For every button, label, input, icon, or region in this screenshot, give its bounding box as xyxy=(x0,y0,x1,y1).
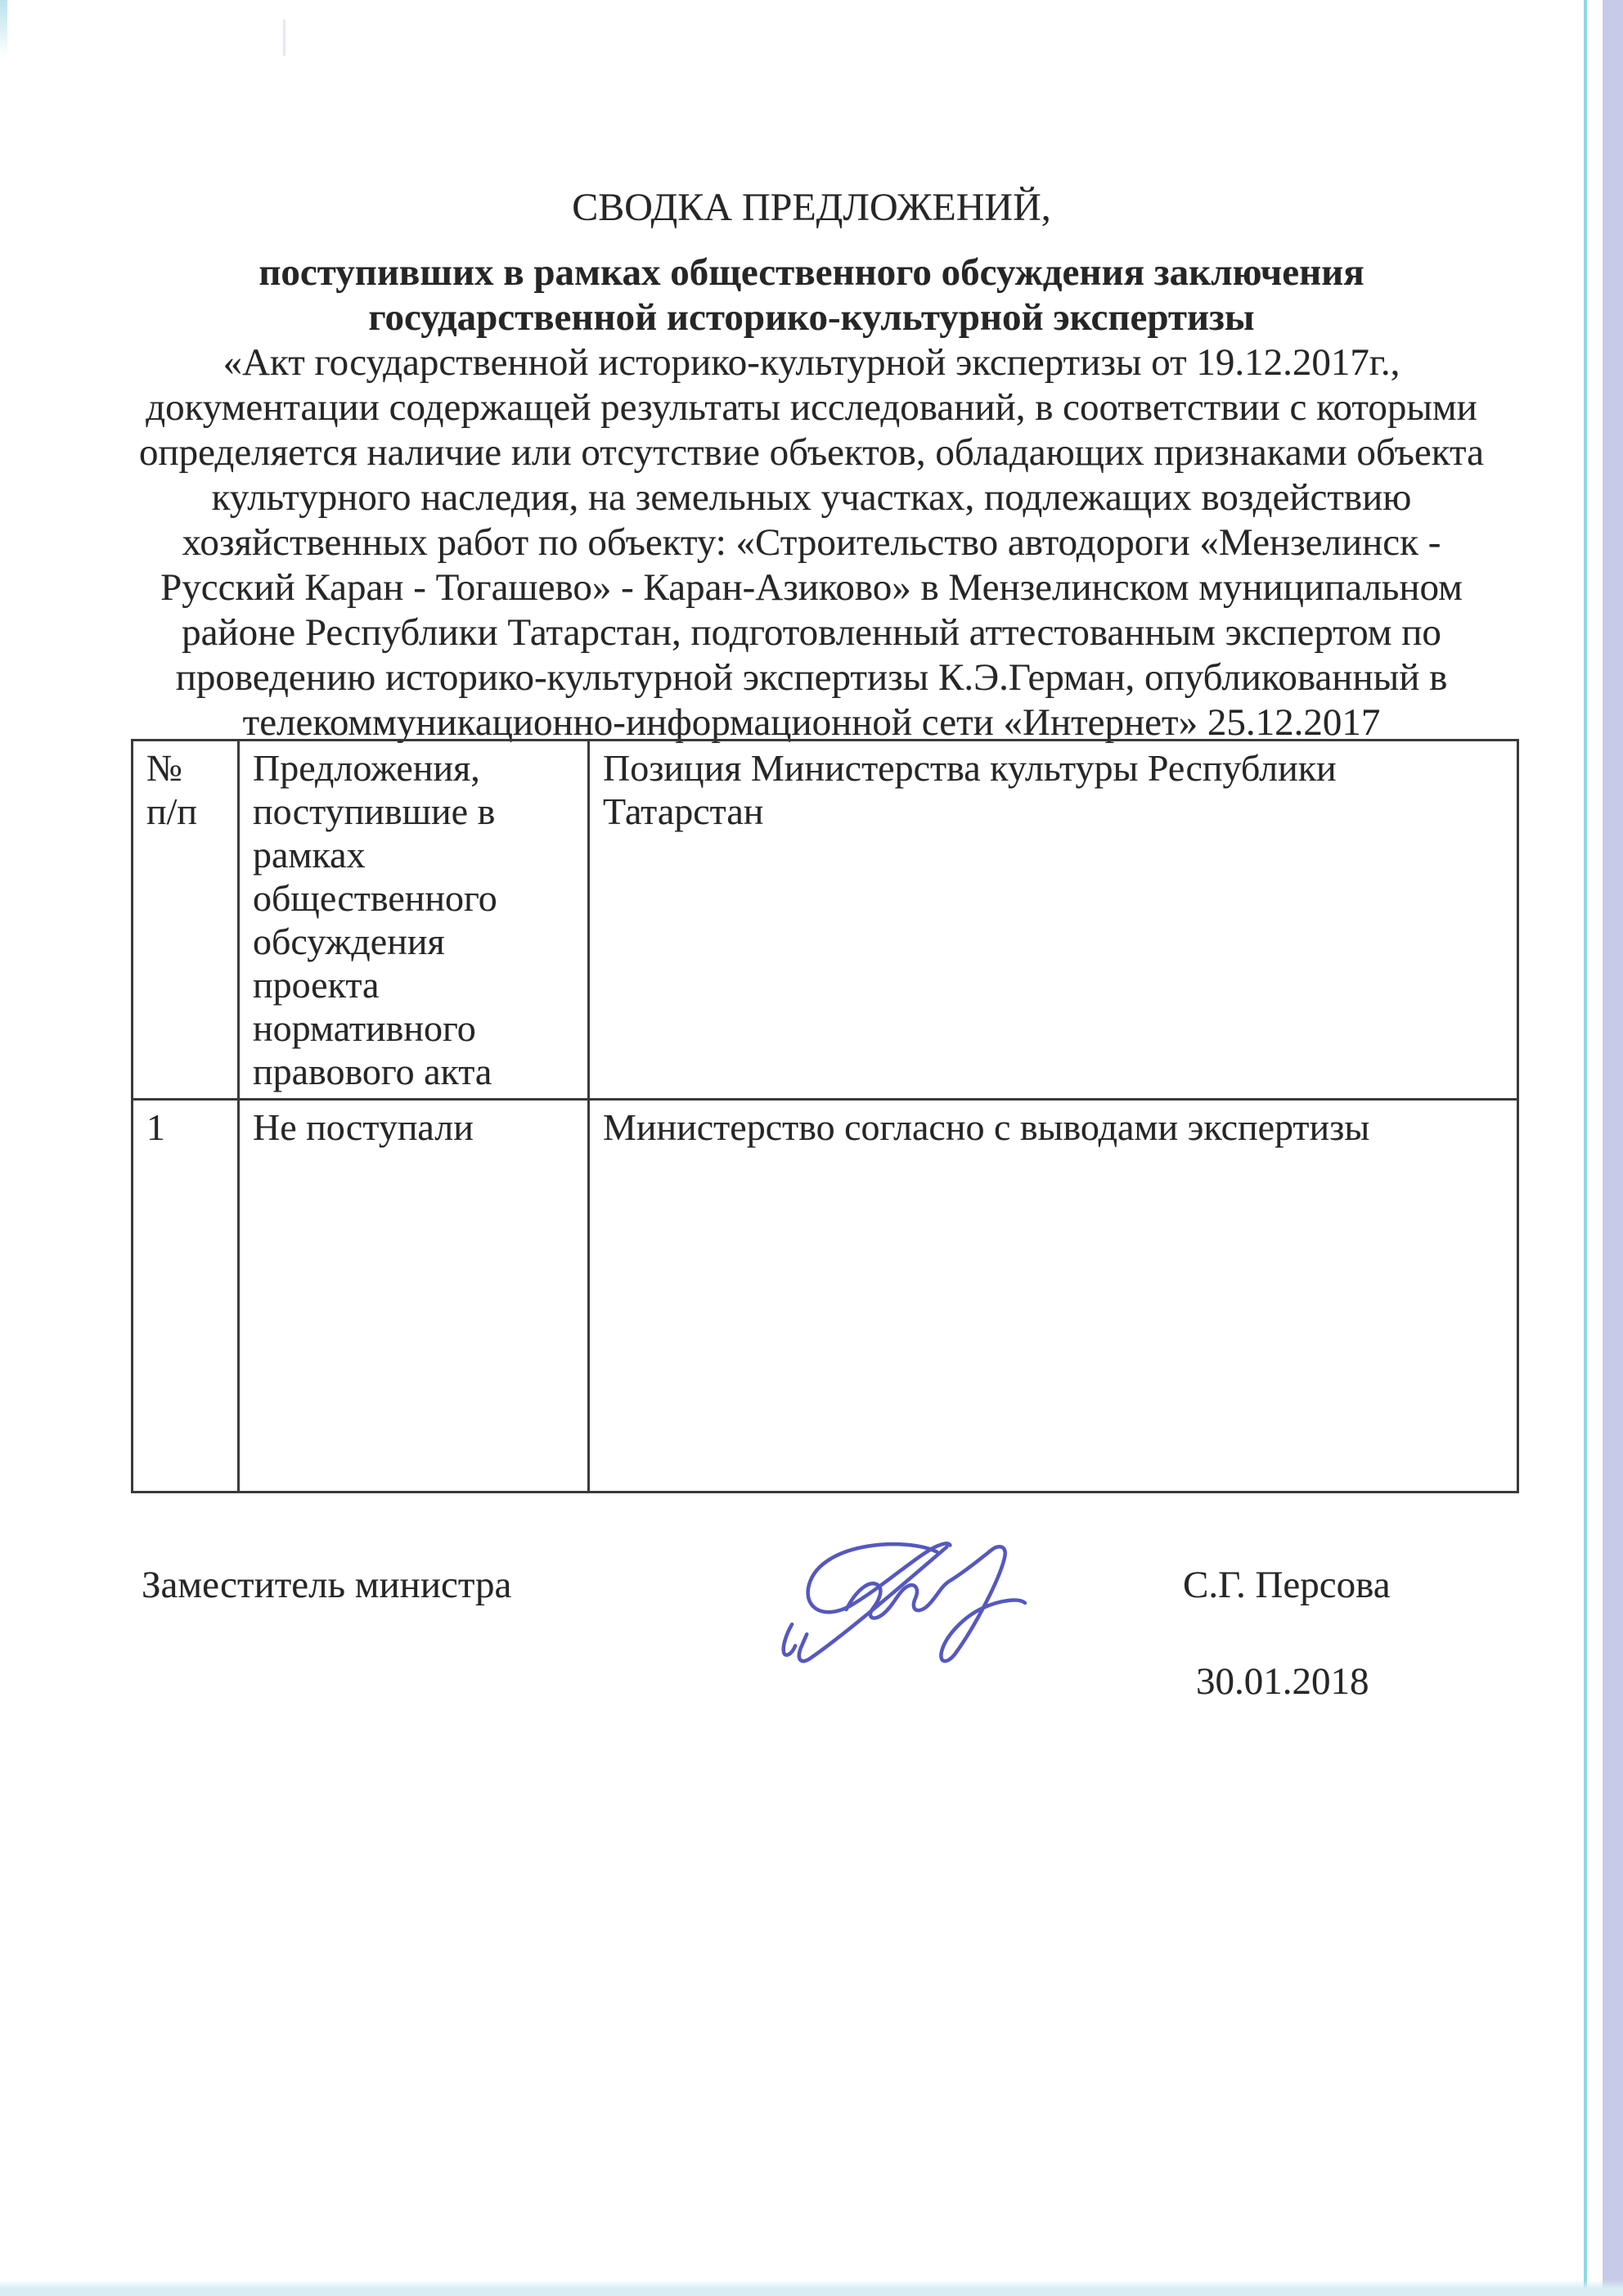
signature-scribble-icon xyxy=(774,1533,1031,1681)
scan-edge-cyan-line xyxy=(1584,0,1587,2296)
header-cell-number: № п/п xyxy=(133,741,239,1100)
header-cell-ministry-position: Позиция Министерства культуры Республики… xyxy=(589,741,1518,1100)
scan-artifact-top-left xyxy=(0,0,7,57)
row-cell-number: 1 xyxy=(133,1100,239,1492)
header-cell-proposals: Предложения, поступившие в рамках общест… xyxy=(239,741,589,1100)
signer-post-label: Заместитель министра xyxy=(142,1563,511,1608)
row-cell-ministry-position: Министерство согласно с выводами эксперт… xyxy=(589,1100,1518,1492)
row-cell-proposals: Не поступали xyxy=(239,1100,589,1492)
table-header-row: № п/п Предложения, поступившие в рамках … xyxy=(133,741,1518,1100)
document-title: СВОДКА ПРЕДЛОЖЕНИЙ, xyxy=(98,185,1525,231)
table-row: 1 Не поступали Министерство согласно с в… xyxy=(133,1100,1518,1492)
signer-name: С.Г. Персова xyxy=(1183,1563,1391,1608)
scanned-document-page: СВОДКА ПРЕДЛОЖЕНИЙ, поступивших в рамках… xyxy=(0,0,1623,2296)
scan-edge-bottom-band xyxy=(0,2280,1623,2296)
document-description-paragraph: «Акт государственной историко-культурной… xyxy=(98,340,1525,745)
signature-date: 30.01.2018 xyxy=(1196,1659,1369,1704)
scan-artifact-top-mark xyxy=(283,20,285,56)
scan-edge-lavender-band xyxy=(1603,0,1623,2296)
proposals-summary-table: № п/п Предложения, поступившие в рамках … xyxy=(131,739,1519,1493)
document-subtitle: поступивших в рамках общественного обсуж… xyxy=(98,250,1525,340)
